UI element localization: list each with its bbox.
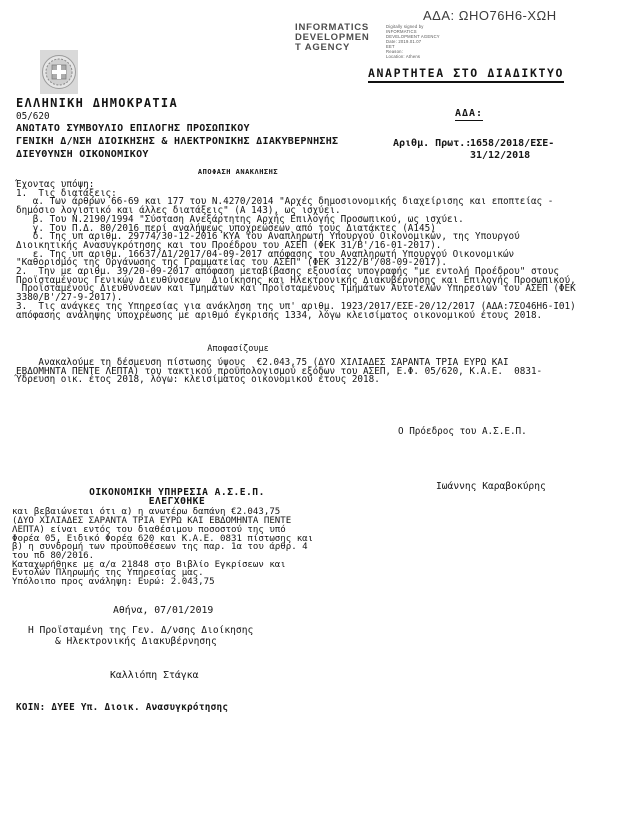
- document-page: ΑΔΑ: ΩΗΟ76Η6-ΧΩΗ INFORMATICSDEVELOPMENT …: [0, 0, 634, 828]
- signer-title-line2: & Ηλεκτρονικής Διακυβέρνησης: [55, 636, 217, 647]
- agency-name: ΑΝΩΤΑΤΟ ΣΥΜΒΟΥΛΙΟ ΕΠΙΛΟΓΗΣ ΠΡΟΣΩΠΙΚΟΥ: [16, 123, 250, 134]
- president-signature-name: Ιωάννης Καραβοκύρης: [436, 481, 546, 492]
- finance-verification-block: ΟΙΚΟΝΟΜΙΚΗ ΥΠΗΡΕΣΙΑ Α.Σ.Ε.Π. ΕΛΕΓΧΘΗΚΕ κ…: [12, 489, 342, 587]
- signer-name: Καλλιόπη Στάγκα: [110, 670, 198, 681]
- hellenic-republic-title: ΕΛΛΗΝΙΚΗ ΔΗΜΟΚΡΑΤΙΑ: [16, 96, 178, 110]
- general-directorate: ΓΕΝΙΚΗ Δ/ΝΣΗ ΔΙΟΙΚΗΣΗΣ & ΗΛΕΚΤΡΟΝΙΚΗΣ ΔΙ…: [16, 136, 338, 147]
- text-line: T AGENCY: [295, 43, 395, 53]
- text-line: Location: Athens: [386, 54, 476, 59]
- checked-label: ΕΛΕΓΧΘΗΚΕ: [12, 498, 342, 507]
- preamble-text: Έχοντας υπόψη:1. Τις διατάξεις: α. Των ά…: [16, 181, 576, 320]
- digital-signature-details: Digitally signed byINFORMATICSDEVELOPMEN…: [386, 24, 476, 59]
- president-signature-title: Ο Πρόεδρος του Α.Σ.Ε.Π.: [398, 426, 527, 437]
- protocol-date-value: 31/12/2018: [470, 150, 530, 161]
- decision-text: Ανακαλούμε τη δέσμευση πίστωσης ύψους €2…: [16, 359, 542, 385]
- protocol-number-label: Αριθμ. Πρωτ.:: [393, 138, 471, 149]
- document-title: ΑΠΟΦΑΣΗ ΑΝΑΚΛΗΣΗΣ: [0, 168, 476, 176]
- digital-signature-agency: INFORMATICSDEVELOPMENT AGENCY: [295, 23, 395, 53]
- greek-coat-of-arms-icon: [40, 50, 78, 94]
- text-line: Ύδρευση οικ. έτος 2018, λόγω: κλεισίματο…: [16, 376, 542, 385]
- ada-code-top: ΑΔΑ: ΩΗΟ76Η6-ΧΩΗ: [423, 8, 557, 23]
- text-line: Υπόλοιπο προς ανάληψη: Ευρώ: 2.043,75: [12, 578, 342, 587]
- distribution-list: ΚΟΙΝ: ΔΥΕΕ Υπ. Διοικ. Ανασυγκρότησης: [16, 702, 228, 713]
- protocol-number-value: 1658/2018/ΕΣΕ-: [470, 138, 554, 149]
- internet-posting-banner: ΑΝΑΡΤΗΤΕΑ ΣΤΟ ΔΙΑΔΙΚΤΥΟ: [368, 66, 564, 83]
- signer-title-line1: Η Προϊσταμένη της Γεν. Δ/νσης Διοίκησης: [28, 625, 253, 636]
- finance-verification-text: και βεβαιώνεται ότι α) η ανωτέρω δαπάνη …: [12, 508, 342, 586]
- place-and-date: Αθήνα, 07/01/2019: [113, 605, 213, 616]
- agency-code: 05/620: [16, 111, 50, 122]
- directorate: ΔΙΕΥΘΥΝΣΗ ΟΙΚΟΝΟΜΙΚΟΥ: [16, 149, 149, 160]
- text-line: απόφασης ανάληψης υποχρέωσης με αριθμό έ…: [16, 312, 576, 321]
- ada-label: ΑΔΑ:: [455, 108, 483, 121]
- decision-heading: Αποφασίζουμε: [0, 344, 476, 354]
